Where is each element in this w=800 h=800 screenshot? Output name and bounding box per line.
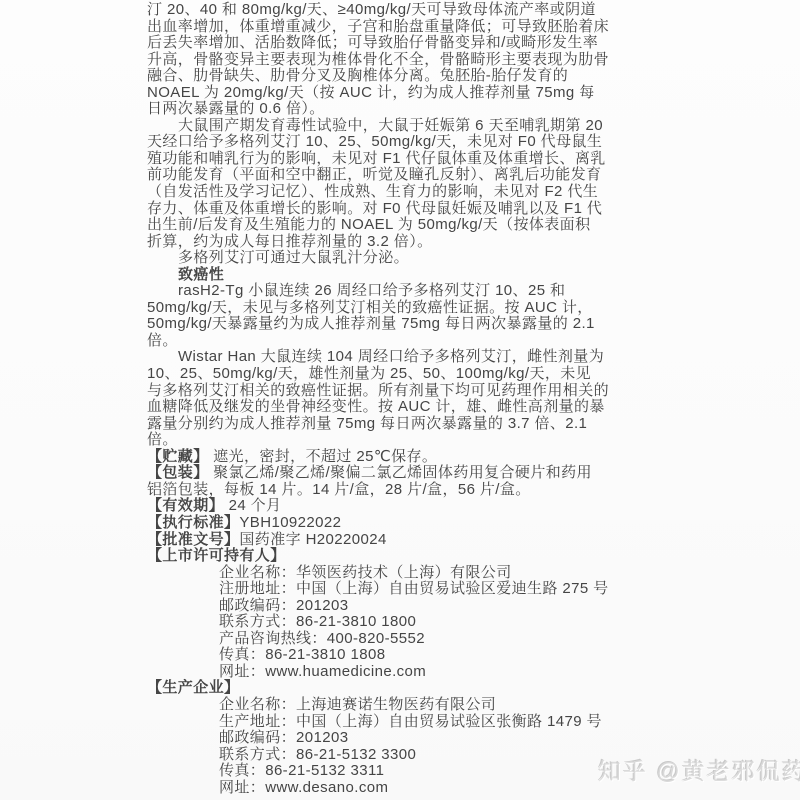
body-text: NOAEL 为 20mg/kg/天（按 AUC 计，约为成人推荐剂量 75mg … bbox=[147, 84, 595, 101]
body-text: 天经口给予多格列艾汀 10、25、50mg/kg/天，未见对 F0 代母鼠生 bbox=[147, 133, 602, 150]
body-text: 出血率增加，体重增重减少，子宫和胎盘重量降低；可导致胚胎着床 bbox=[147, 18, 609, 35]
text-line: 50mg/kg/天暴露量约为成人推荐剂量 75mg 每日两次暴露量的 2.1 bbox=[147, 316, 652, 333]
text-line: 【生产企业】 bbox=[147, 680, 652, 697]
body-text: 国药准字 H20220024 bbox=[239, 531, 386, 548]
text-line: 10、25、50mg/kg/天，雄性剂量为 25、50、100mg/kg/天，未… bbox=[147, 366, 652, 383]
body-text: 10、25、50mg/kg/天，雄性剂量为 25、50、100mg/kg/天，未… bbox=[147, 365, 591, 382]
body-text: 日两次暴露量的 0.6 倍）。 bbox=[147, 100, 325, 117]
text-line: 前功能发育（平面和空中翻正，听觉及瞳孔反射）、离乳后功能发育 bbox=[147, 167, 652, 184]
text-line: 联系方式：86-21-3810 1800 bbox=[147, 614, 652, 631]
text-line: Wistar Han 大鼠连续 104 周经口给予多格列艾汀，雌性剂量为 bbox=[147, 349, 652, 366]
text-line: 升高，骨骼变异主要表现为椎体骨化不全，骨骼畸形主要表现为肋骨 bbox=[147, 52, 652, 69]
text-line: 生产地址：中国（上海）自由贸易试验区张衡路 1479 号 bbox=[147, 714, 652, 731]
body-text: 注册地址：中国（上海）自由贸易试验区爱迪生路 275 号 bbox=[219, 580, 609, 597]
section-header-text: 【贮藏】 bbox=[147, 448, 209, 465]
body-text: 露量分别约为成人推荐剂量 75mg 每日两次暴露量的 3.7 倍、2.1 bbox=[147, 415, 587, 432]
body-text: 联系方式：86-21-3810 1800 bbox=[219, 613, 416, 630]
body-text: 出生前/后发育及生殖能力的 NOAEL 为 50mg/kg/天（按体表面积 bbox=[147, 216, 590, 233]
text-line: rasH2-Tg 小鼠连续 26 周经口给予多格列艾汀 10、25 和 bbox=[147, 283, 652, 300]
body-text: 50mg/kg/天，未见与多格列艾汀相关的致癌性证据。按 AUC 计， bbox=[147, 299, 593, 316]
body-text: 邮政编码：201203 bbox=[219, 729, 348, 746]
body-text: rasH2-Tg 小鼠连续 26 周经口给予多格列艾汀 10、25 和 bbox=[178, 282, 565, 299]
body-text: 50mg/kg/天暴露量约为成人推荐剂量 75mg 每日两次暴露量的 2.1 bbox=[147, 315, 595, 332]
body-text: 汀 20、40 和 80mg/kg/天、≥40mg/kg/天可导致母体流产率或阴… bbox=[147, 1, 596, 18]
body-text: 前功能发育（平面和空中翻正，听觉及瞳孔反射）、离乳后功能发育 bbox=[147, 166, 602, 183]
text-line: 倍。 bbox=[147, 432, 652, 449]
text-line: 【有效期】 24 个月 bbox=[147, 498, 652, 515]
body-text: 升高，骨骼变异主要表现为椎体骨化不全，骨骼畸形主要表现为肋骨 bbox=[147, 51, 609, 68]
text-line: NOAEL 为 20mg/kg/天（按 AUC 计，约为成人推荐剂量 75mg … bbox=[147, 85, 652, 102]
body-text: 网址：www.desano.com bbox=[219, 779, 388, 796]
body-text: 血糖降低及继发的坐骨神经变性。按 AUC 计，雄、雌性高剂量的暴 bbox=[147, 398, 605, 415]
body-text: 邮政编码：201203 bbox=[219, 597, 348, 614]
body-text: 企业名称：华领医药技术（上海）有限公司 bbox=[219, 564, 512, 581]
body-text: 企业名称：上海迪赛诺生物医药有限公司 bbox=[219, 696, 496, 713]
body-text: 传真：86-21-5132 3311 bbox=[219, 762, 384, 779]
section-header-text: 致癌性 bbox=[178, 266, 224, 283]
section-header-text: 【执行标准】 bbox=[147, 514, 239, 531]
text-line: 天经口给予多格列艾汀 10、25、50mg/kg/天，未见对 F0 代母鼠生 bbox=[147, 134, 652, 151]
body-text: 后丢失率增加、活胎数降低；可导致胎仔骨骼变异和/或畸形发生率 bbox=[147, 34, 598, 51]
text-line: 产品咨询热线：400-820-5552 bbox=[147, 631, 652, 648]
section-header-text: 【有效期】 bbox=[147, 497, 224, 514]
text-line: 传真：86-21-3810 1808 bbox=[147, 647, 652, 664]
text-line: （自发活性及学习记忆）、性成熟、生育力的影响，未见对 F2 代生 bbox=[147, 184, 652, 201]
text-line: 【批准文号】国药准字 H20220024 bbox=[147, 532, 652, 549]
text-line: 企业名称：华领医药技术（上海）有限公司 bbox=[147, 565, 652, 582]
text-line: 倍。 bbox=[147, 333, 652, 350]
text-line: 注册地址：中国（上海）自由贸易试验区爱迪生路 275 号 bbox=[147, 581, 652, 598]
body-text: 大鼠围产期发育毒性试验中，大鼠于妊娠第 6 天至哺乳期第 20 bbox=[178, 117, 603, 134]
text-line: 50mg/kg/天，未见与多格列艾汀相关的致癌性证据。按 AUC 计， bbox=[147, 300, 652, 317]
text-line: 汀 20、40 和 80mg/kg/天、≥40mg/kg/天可导致母体流产率或阴… bbox=[147, 2, 652, 19]
text-line: 融合、肋骨缺失、肋骨分叉及胸椎体分离。兔胚胎-胎仔发育的 bbox=[147, 68, 652, 85]
body-text: 传真：86-21-3810 1808 bbox=[219, 646, 385, 663]
body-text: 折算，约为成人每日推荐剂量的 3.2 倍）。 bbox=[147, 233, 433, 250]
zhihu-watermark: 知乎 @黄老邪侃药 bbox=[598, 753, 800, 786]
body-text: 与多格列艾汀相关的致癌性证据。所有剂量下均可见药理作用相关的 bbox=[147, 382, 609, 399]
text-line: 与多格列艾汀相关的致癌性证据。所有剂量下均可见药理作用相关的 bbox=[147, 383, 652, 400]
body-text: （自发活性及学习记忆）、性成熟、生育力的影响，未见对 F2 代生 bbox=[147, 183, 598, 200]
document-body: 汀 20、40 和 80mg/kg/天、≥40mg/kg/天可导致母体流产率或阴… bbox=[147, 2, 652, 796]
text-line: 铝箔包装，每板 14 片。14 片/盒，28 片/盒，56 片/盒。 bbox=[147, 482, 652, 499]
body-text: YBH10922022 bbox=[239, 514, 341, 531]
text-line: 露量分别约为成人推荐剂量 75mg 每日两次暴露量的 3.7 倍、2.1 bbox=[147, 416, 652, 433]
section-header-text: 【批准文号】 bbox=[147, 531, 239, 548]
text-line: 联系方式：86-21-5132 3300 bbox=[147, 747, 652, 764]
text-line: 【上市许可持有人】 bbox=[147, 548, 652, 565]
text-line: 网址：www.desano.com bbox=[147, 780, 652, 797]
text-line: 折算，约为成人每日推荐剂量的 3.2 倍）。 bbox=[147, 234, 652, 251]
text-line: 传真：86-21-5132 3311 bbox=[147, 763, 652, 780]
body-text: 铝箔包装，每板 14 片。14 片/盒，28 片/盒，56 片/盒。 bbox=[147, 481, 531, 498]
body-text: 倍。 bbox=[147, 332, 178, 349]
text-line: 出生前/后发育及生殖能力的 NOAEL 为 50mg/kg/天（按体表面积 bbox=[147, 217, 652, 234]
text-line: 网址：www.huamedicine.com bbox=[147, 664, 652, 681]
text-line: 邮政编码：201203 bbox=[147, 730, 652, 747]
body-text: Wistar Han 大鼠连续 104 周经口给予多格列艾汀，雌性剂量为 bbox=[178, 348, 604, 365]
text-line: 多格列艾汀可通过大鼠乳汁分泌。 bbox=[147, 250, 652, 267]
text-line: 出血率增加，体重增重减少，子宫和胎盘重量降低；可导致胚胎着床 bbox=[147, 19, 652, 36]
text-line: 邮政编码：201203 bbox=[147, 598, 652, 615]
text-line: 后丢失率增加、活胎数降低；可导致胎仔骨骼变异和/或畸形发生率 bbox=[147, 35, 652, 52]
text-line: 【贮藏】 遮光，密封，不超过 25℃保存。 bbox=[147, 449, 652, 466]
text-line: 日两次暴露量的 0.6 倍）。 bbox=[147, 101, 652, 118]
body-text: 生产地址：中国（上海）自由贸易试验区张衡路 1479 号 bbox=[219, 713, 602, 730]
body-text: 殖功能和哺乳行为的影响，未见对 F1 代仔鼠体重及体重增长、离乳 bbox=[147, 150, 606, 167]
text-line: 血糖降低及继发的坐骨神经变性。按 AUC 计，雄、雌性高剂量的暴 bbox=[147, 399, 652, 416]
leaflet-photo-page: 汀 20、40 和 80mg/kg/天、≥40mg/kg/天可导致母体流产率或阴… bbox=[0, 0, 800, 800]
body-text: 网址：www.huamedicine.com bbox=[219, 663, 426, 680]
text-line: 殖功能和哺乳行为的影响，未见对 F1 代仔鼠体重及体重增长、离乳 bbox=[147, 151, 652, 168]
text-line: 致癌性 bbox=[147, 267, 652, 284]
body-text: 倍。 bbox=[147, 431, 178, 448]
text-line: 【执行标准】YBH10922022 bbox=[147, 515, 652, 532]
text-line: 企业名称：上海迪赛诺生物医药有限公司 bbox=[147, 697, 652, 714]
body-text: 联系方式：86-21-5132 3300 bbox=[219, 746, 416, 763]
text-line: 存力、体重及体重增长的影响。对 F0 代母鼠妊娠及哺乳以及 F1 代 bbox=[147, 201, 652, 218]
body-text: 融合、肋骨缺失、肋骨分叉及胸椎体分离。兔胚胎-胎仔发育的 bbox=[147, 67, 568, 84]
body-text: 存力、体重及体重增长的影响。对 F0 代母鼠妊娠及哺乳以及 F1 代 bbox=[147, 200, 602, 217]
body-text: 24 个月 bbox=[224, 497, 281, 514]
section-header-text: 【生产企业】 bbox=[147, 679, 239, 696]
text-line: 大鼠围产期发育毒性试验中，大鼠于妊娠第 6 天至哺乳期第 20 bbox=[147, 118, 652, 135]
body-text: 遮光，密封，不超过 25℃保存。 bbox=[209, 448, 438, 465]
body-text: 多格列艾汀可通过大鼠乳汁分泌。 bbox=[178, 249, 409, 266]
body-text: 产品咨询热线：400-820-5552 bbox=[219, 630, 425, 647]
section-header-text: 【上市许可持有人】 bbox=[147, 547, 286, 564]
body-text: 聚氯乙烯/聚乙烯/聚偏二氯乙烯固体药用复合硬片和药用 bbox=[209, 464, 592, 481]
text-line: 【包装】 聚氯乙烯/聚乙烯/聚偏二氯乙烯固体药用复合硬片和药用 bbox=[147, 465, 652, 482]
section-header-text: 【包装】 bbox=[147, 464, 209, 481]
